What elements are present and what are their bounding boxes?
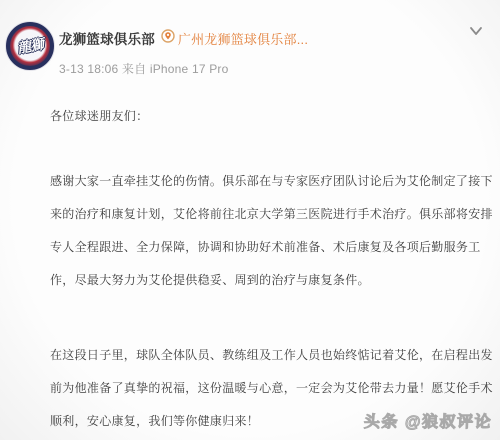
post-paragraph-treatment: 感谢大家一直牵挂艾伦的伤情。俱乐部在与专家医疗团队讨论后为艾伦制定了接下 来的治…	[50, 165, 495, 297]
post-line: 来的治疗和康复计划，艾伦将前往北京大学第三医院进行手术治疗。俱乐部将安排	[50, 198, 495, 231]
post-greeting: 各位球迷朋友们：	[50, 100, 495, 133]
post-line: 前为他准备了真挚的祝福，这份温暖与心意，一定会为艾伦带去力量！愿艾伦手术	[50, 372, 495, 405]
location-link[interactable]: 广州龙狮篮球俱乐部...	[178, 29, 308, 48]
avatar-logo-text: 龍獅	[15, 34, 44, 58]
location-badge-icon	[161, 29, 175, 48]
avatar[interactable]: 龍獅	[5, 21, 55, 71]
post-body: 各位球迷朋友们： 感谢大家一直牵挂艾伦的伤情。俱乐部在与专家医疗团队讨论后为艾伦…	[50, 100, 495, 438]
watermark: 头条 @狼叔评论	[364, 409, 493, 432]
post-timestamp: 3-13 18:06 来自 iPhone 17 Pro	[59, 60, 229, 77]
post-line: 在这段日子里，球队全体队员、教练组及工作人员也始终惦记着艾伦，在启程出发	[50, 339, 495, 372]
chevron-down-icon[interactable]	[468, 24, 484, 42]
post-header: 龍獅 龙狮篮球俱乐部 广州龙狮篮球俱乐部... 3-13 18:06 来自 iP…	[0, 0, 500, 90]
weibo-post-card: 龍獅 龙狮篮球俱乐部 广州龙狮篮球俱乐部... 3-13 18:06 来自 iP…	[0, 0, 500, 440]
avatar-logo: 龍獅	[10, 26, 50, 66]
account-name[interactable]: 龙狮篮球俱乐部	[59, 28, 155, 48]
post-line: 感谢大家一直牵挂艾伦的伤情。俱乐部在与专家医疗团队讨论后为艾伦制定了接下	[50, 165, 495, 198]
post-line: 专人全程跟进、全力保障，协调和协助好术前准备、术后康复及各项后勤服务工	[50, 231, 495, 264]
post-line: 作，尽最大努力为艾伦提供稳妥、周到的治疗与康复条件。	[50, 264, 495, 297]
name-row: 龙狮篮球俱乐部 广州龙狮篮球俱乐部...	[59, 28, 308, 48]
